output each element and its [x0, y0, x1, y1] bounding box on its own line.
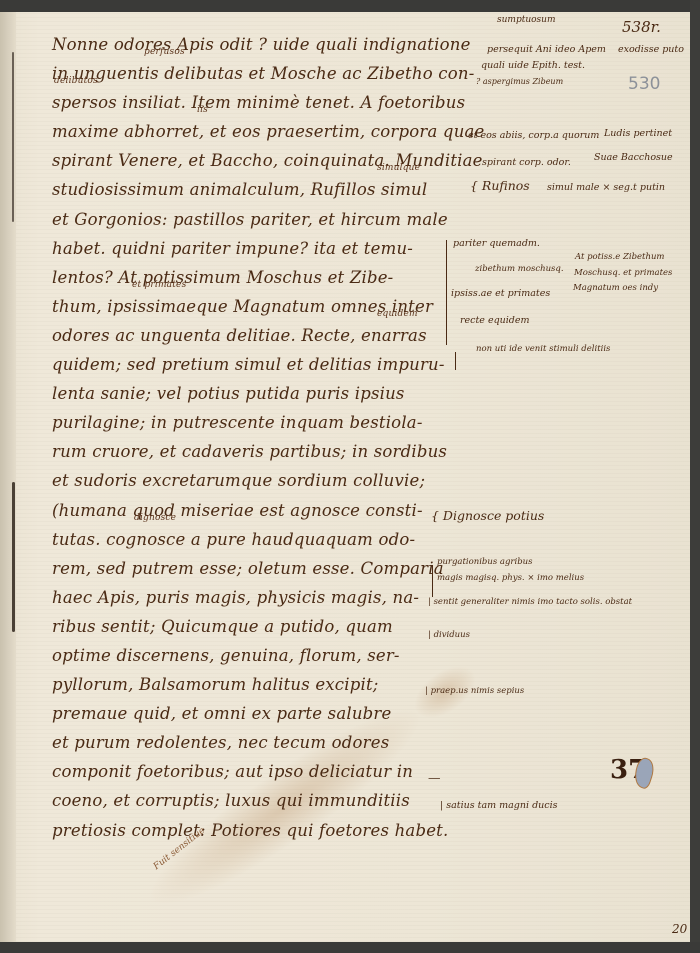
- margin-note: Ludis pertinet: [604, 128, 672, 139]
- line-text: studiosissimum animalculum, Rufillos sim…: [52, 180, 427, 199]
- gutter-rule: [12, 52, 14, 222]
- margin-note: ipsiss.ae et primates: [451, 288, 550, 299]
- margin-note: ? aspergimus Zibeum: [476, 77, 563, 86]
- text-line: delibutosspersos insiliat. Item minimè t…: [52, 88, 452, 117]
- folio-pencil-number: 530: [628, 74, 660, 94]
- margin-note: Moschusq. et primates: [574, 268, 672, 278]
- interlinear-gloss: delibutos: [54, 76, 98, 86]
- line-text: purilagine; in putrescente inquam bestio…: [52, 413, 423, 432]
- line-text: pyllorum, Balsamorum halitus excipit;: [52, 675, 379, 694]
- interlinear-gloss: iis: [197, 105, 208, 115]
- margin-note: pariter quemadm.: [453, 238, 540, 249]
- margin-note: { Dignosce potius: [431, 508, 544, 523]
- line-text: lenta sanie; vel potius putida puris ips…: [52, 384, 405, 403]
- line-text: lentos? At potissimum Moschus et Zibe-: [52, 268, 393, 287]
- text-line: purilagine; in putrescente inquam bestio…: [52, 408, 452, 437]
- margin-note: | sentit generaliter nimis imo tacto sol…: [428, 597, 632, 607]
- folio-number: 538r.: [622, 18, 661, 36]
- text-line: rem, sed putrem esse; oletum esse. Compa…: [52, 554, 452, 583]
- line-text: premaue quid, et omni ex parte salubre: [52, 704, 392, 723]
- text-line: rum cruore, et cadaveris partibus; in so…: [52, 437, 452, 466]
- margin-bracket: [455, 352, 456, 370]
- text-line: equidemodores ac unguenta delitiae. Rect…: [52, 321, 452, 350]
- margin-brace: [446, 240, 447, 345]
- text-line: et sudoris excretarumque sordium colluvi…: [52, 466, 452, 495]
- line-text: coeno, et corruptis; luxus qui immunditi…: [52, 791, 410, 810]
- scan-frame-bottom: [0, 942, 700, 953]
- margin-note: Suae Bacchosue: [594, 152, 673, 163]
- line-text: odores ac unguenta delitiae. Recte, enar…: [52, 326, 427, 345]
- text-line: lentos? At potissimum Moschus et Zibe-: [52, 263, 452, 292]
- text-line: et purum redolentes, nec tecum odores: [52, 728, 452, 757]
- scan-frame-right: [690, 0, 700, 953]
- line-text: spersos insiliat. Item minimè tenet. A f…: [52, 93, 465, 112]
- margin-note: magis magisq. phys. × imo melius: [437, 573, 584, 583]
- line-text: maxime abhorret, et eos praesertim, corp…: [52, 122, 485, 141]
- margin-note: { Rufinos: [470, 178, 530, 193]
- margin-dash: —: [428, 770, 441, 785]
- gutter-rule: [12, 482, 15, 632]
- text-line: lenta sanie; vel potius putida puris ips…: [52, 379, 452, 408]
- margin-note: At potiss.e Zibethum: [575, 252, 664, 262]
- line-text: et Gorgonios: pastillos pariter, et hirc…: [52, 210, 448, 229]
- margin-note: persequit Ani ideo Apem: [487, 44, 606, 55]
- text-line: quidem; sed pretium simul et delitias im…: [52, 350, 452, 379]
- margin-note: simul male × seg.t putin: [547, 182, 665, 193]
- text-line: habet. quidni pariter impune? ita et tem…: [52, 234, 452, 263]
- margin-note: zibethum moschusq.: [475, 264, 564, 274]
- interlinear-gloss: dignosce: [134, 513, 176, 523]
- margin-note: purgationibus agribus: [437, 557, 532, 567]
- line-text: quidem; sed pretium simul et delitias im…: [52, 355, 445, 374]
- line-text: thum, ipsissimaeque Magnatum omnes inter: [52, 297, 433, 316]
- line-text: (humana quod miseriae est agnosce consti…: [52, 501, 423, 520]
- text-line: premaue quid, et omni ex parte salubre: [52, 699, 452, 728]
- margin-note: non uti ide venit stimuli delitiis: [476, 344, 610, 354]
- interlinear-gloss: et primates: [132, 280, 186, 290]
- text-line: perfusosin unguentis delibutas et Mosche…: [52, 59, 452, 88]
- text-line: (humana quod miseriae est agnosce consti…: [52, 496, 452, 525]
- line-text: Nonne odores Apis odit ? uide quali indi…: [52, 35, 471, 54]
- margin-note: spirant corp. odor.: [482, 157, 571, 168]
- margin-brace: [432, 565, 433, 597]
- line-text: pretiosis complet: Potiores qui foetores…: [52, 821, 448, 840]
- margin-note: quali uide Epith. test.: [481, 60, 585, 71]
- line-text: et sudoris excretarumque sordium colluvi…: [52, 471, 425, 490]
- text-line: haec Apis, puris magis, physicis magis, …: [52, 583, 452, 612]
- text-line: componit foetoribus; aut ipso deliciatur…: [52, 757, 452, 786]
- manuscript-page: 538r. 530 sumptuosum Nonne odores Apis o…: [0, 12, 690, 942]
- interlinear-gloss: perfusos: [144, 47, 185, 57]
- line-text: haec Apis, puris magis, physicis magis, …: [52, 588, 419, 607]
- text-line: Nonne odores Apis odit ? uide quali indi…: [52, 30, 452, 59]
- line-text: rum cruore, et cadaveris partibus; in so…: [52, 442, 447, 461]
- line-text: in unguentis delibutas et Mosche ac Zibe…: [52, 64, 474, 83]
- line-text: tutas. cognosce a pure haudquaquam odo-: [52, 530, 415, 549]
- interlinear-gloss: equidem: [377, 309, 418, 319]
- text-line: iismaxime abhorret, et eos praesertim, c…: [52, 117, 452, 146]
- margin-note: recte equidem: [460, 315, 530, 326]
- text-line: simulquestudiosissimum animalculum, Rufi…: [52, 175, 452, 204]
- text-line: pretiosis complet: Potiores qui foetores…: [52, 816, 452, 845]
- text-line: pyllorum, Balsamorum halitus excipit;: [52, 670, 452, 699]
- margin-note: | satius tam magni ducis: [440, 800, 558, 811]
- top-margin-note: sumptuosum: [497, 15, 556, 25]
- margin-note: exodisse puto: [618, 44, 684, 55]
- interlinear-gloss: simulque: [377, 163, 420, 173]
- line-text: ribus sentit; Quicumque a putido, quam: [52, 617, 393, 636]
- text-line: coeno, et corruptis; luxus qui immunditi…: [52, 786, 452, 815]
- margin-note: | praep.us nimis sepius: [425, 686, 524, 696]
- line-text: habet. quidni pariter impune? ita et tem…: [52, 239, 413, 258]
- text-line: dignoscetutas. cognosce a pure haudquaqu…: [52, 525, 452, 554]
- text-line: optime discernens, genuina, florum, ser-: [52, 641, 452, 670]
- line-text: componit foetoribus; aut ipso deliciatur…: [52, 762, 413, 781]
- line-text: rem, sed putrem esse; oletum esse. Compa…: [52, 559, 444, 578]
- line-text: optime discernens, genuina, florum, ser-: [52, 646, 400, 665]
- margin-note: et eos abiis, corp.a quorum: [468, 130, 599, 141]
- text-line: et Gorgonios: pastillos pariter, et hirc…: [52, 205, 452, 234]
- text-line: ribus sentit; Quicumque a putido, quam: [52, 612, 452, 641]
- margin-note: | dividuus: [428, 630, 470, 640]
- margin-note: Magnatum oes indy: [573, 283, 658, 293]
- page-number: 20: [672, 922, 687, 936]
- line-text: et purum redolentes, nec tecum odores: [52, 733, 389, 752]
- main-text-block: Nonne odores Apis odit ? uide quali indi…: [52, 30, 452, 845]
